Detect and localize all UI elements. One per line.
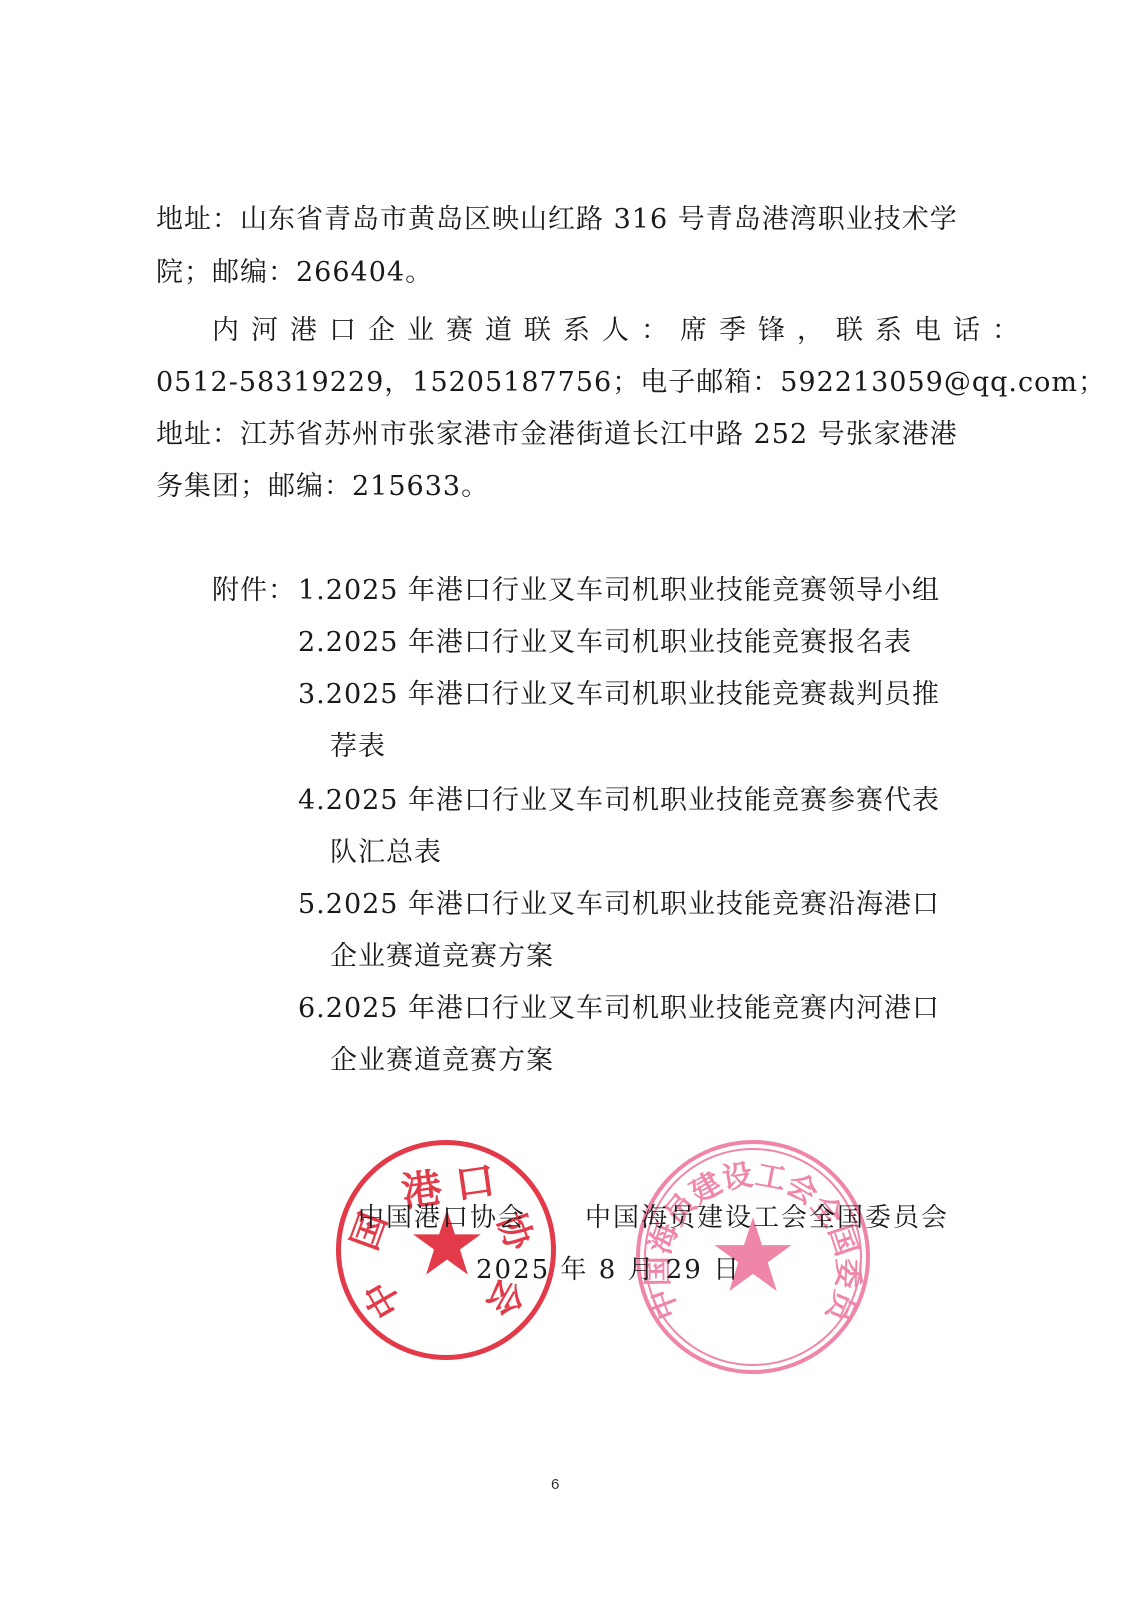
- page-number: 6: [551, 1476, 559, 1493]
- contact-line-4: 务集团；邮编：215633。: [156, 472, 489, 502]
- signatory-port-association: 中国港口协会: [358, 1203, 526, 1233]
- svg-text:中国海员建设工会全国委员会: 中国海员建设工会全国委员会: [640, 1144, 865, 1328]
- address-line-2: 院；邮编：266404。: [156, 258, 433, 288]
- signature-date: 2025 年 8 月 29 日: [476, 1255, 741, 1285]
- document-page: 地址：山东省青岛市黄岛区映山红路 316 号青岛港湾职业技术学 院；邮编：266…: [0, 0, 1131, 1600]
- seal-text-left: 中: [350, 1272, 412, 1329]
- contact-line-3: 地址：江苏省苏州市张家港市金港街道长江中路 252 号张家港港: [156, 420, 958, 450]
- attachment-item-1: 1.2025 年港口行业叉车司机职业技能竞赛领导小组: [298, 576, 940, 606]
- attachment-item-2: 2.2025 年港口行业叉车司机职业技能竞赛报名表: [298, 628, 912, 658]
- attachment-item-5-cont: 企业赛道竞赛方案: [330, 942, 554, 972]
- attachment-item-4: 4.2025 年港口行业叉车司机职业技能竞赛参赛代表: [298, 786, 940, 816]
- attachment-item-5: 5.2025 年港口行业叉车司机职业技能竞赛沿海港口: [298, 890, 940, 920]
- attachment-item-3: 3.2025 年港口行业叉车司机职业技能竞赛裁判员推: [298, 680, 940, 710]
- official-seal-port-association: 港 口 国 中 协 会: [336, 1140, 556, 1360]
- address-line-1: 地址：山东省青岛市黄岛区映山红路 316 号青岛港湾职业技术学: [156, 205, 958, 235]
- contact-line-1: 内河港口企业赛道联系人：席季锋，联系电话：: [212, 316, 1031, 346]
- contact-line-2: 0512-58319229，15205187756；电子邮箱：592213059…: [156, 368, 1106, 398]
- attachment-item-3-cont: 荐表: [330, 732, 386, 762]
- attachment-item-6-cont: 企业赛道竞赛方案: [330, 1046, 554, 1076]
- attachment-item-6: 6.2025 年港口行业叉车司机职业技能竞赛内河港口: [298, 994, 940, 1024]
- attachment-item-4-cont: 队汇总表: [330, 838, 442, 868]
- signatory-seamen-union: 中国海员建设工会全国委员会: [585, 1203, 949, 1233]
- attachments-label: 附件：: [212, 576, 296, 606]
